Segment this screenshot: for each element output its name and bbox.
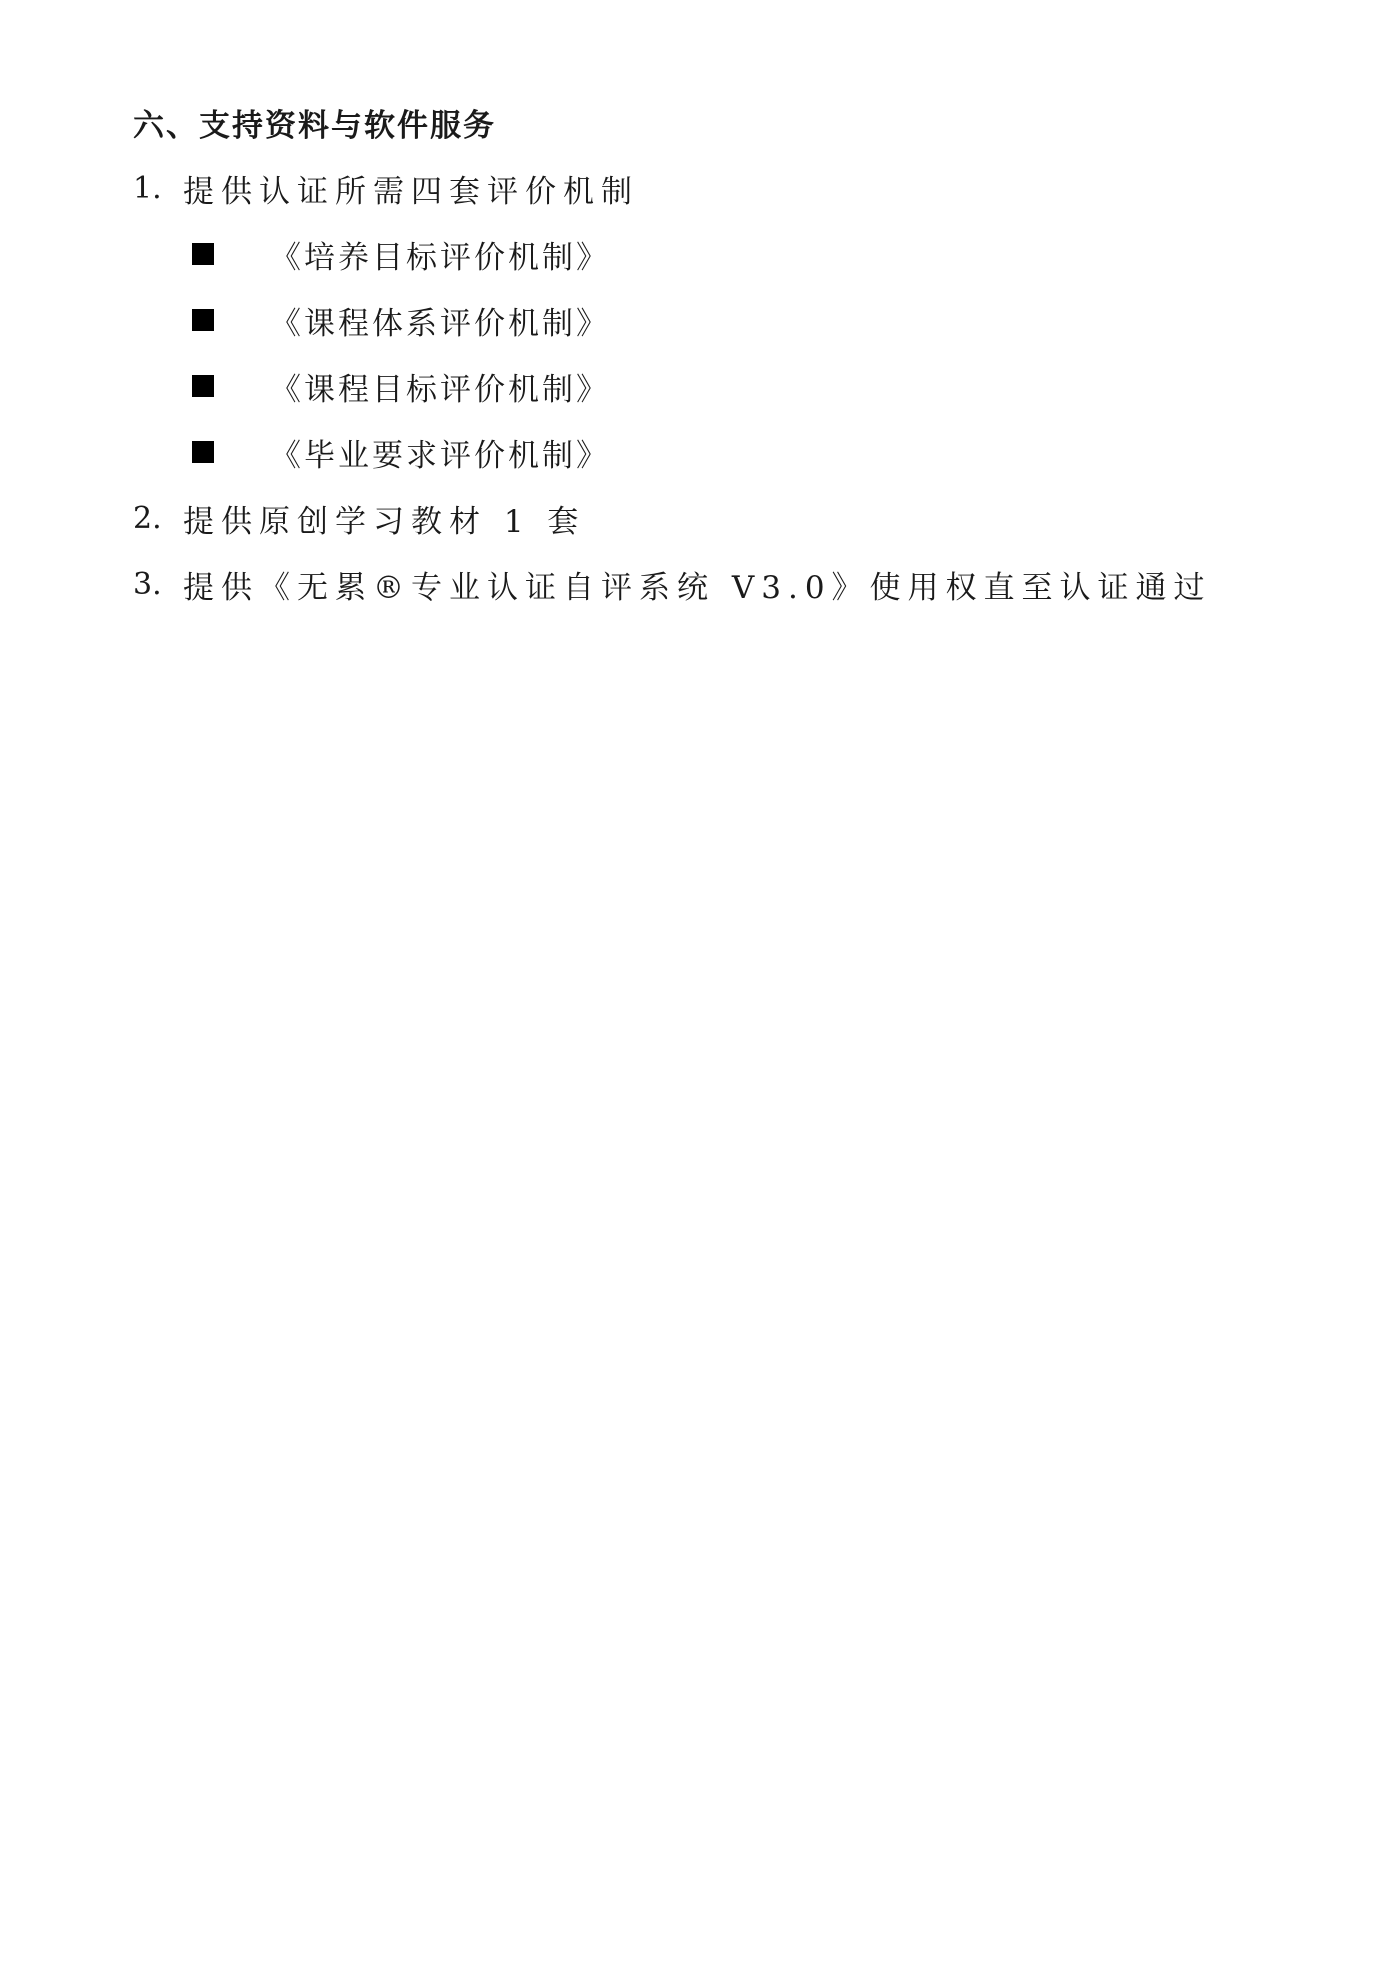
bullet-item-1-text: 《培养目标评价机制》 <box>270 232 610 277</box>
bullet-item-1: 《培养目标评价机制》 <box>133 221 1300 287</box>
list-item-3-number: 3. <box>133 567 183 602</box>
bullet-item-4-text: 《毕业要求评价机制》 <box>270 430 610 475</box>
list-item-1-number: 1. <box>133 171 183 206</box>
list-item-2: 2. 提供原创学习教材 1 套 <box>133 485 1300 551</box>
black-square-bullet-icon <box>192 309 214 331</box>
list-item-1-text: 提供认证所需四套评价机制 <box>183 166 639 211</box>
document-page: 六、支持资料与软件服务 1. 提供认证所需四套评价机制 《培养目标评价机制》 《… <box>0 0 1380 1980</box>
list-item-2-text: 提供原创学习教材 1 套 <box>183 496 585 541</box>
list-item-2-number: 2. <box>133 501 183 536</box>
bullet-item-4: 《毕业要求评价机制》 <box>133 419 1300 485</box>
list-item-3: 3. 提供《无累®专业认证自评系统 V3.0》使用权直至认证通过 <box>133 551 1300 617</box>
list-item-1: 1. 提供认证所需四套评价机制 <box>133 155 1300 221</box>
bullet-item-3-text: 《课程目标评价机制》 <box>270 364 610 409</box>
bullet-item-3: 《课程目标评价机制》 <box>133 353 1300 419</box>
document-content: 六、支持资料与软件服务 1. 提供认证所需四套评价机制 《培养目标评价机制》 《… <box>0 0 1380 617</box>
black-square-bullet-icon <box>192 441 214 463</box>
black-square-bullet-icon <box>192 375 214 397</box>
bullet-item-2-text: 《课程体系评价机制》 <box>270 298 610 343</box>
section-heading: 六、支持资料与软件服务 <box>133 89 1300 155</box>
list-item-3-text: 提供《无累®专业认证自评系统 V3.0》使用权直至认证通过 <box>183 562 1212 607</box>
bullet-item-2: 《课程体系评价机制》 <box>133 287 1300 353</box>
black-square-bullet-icon <box>192 243 214 265</box>
